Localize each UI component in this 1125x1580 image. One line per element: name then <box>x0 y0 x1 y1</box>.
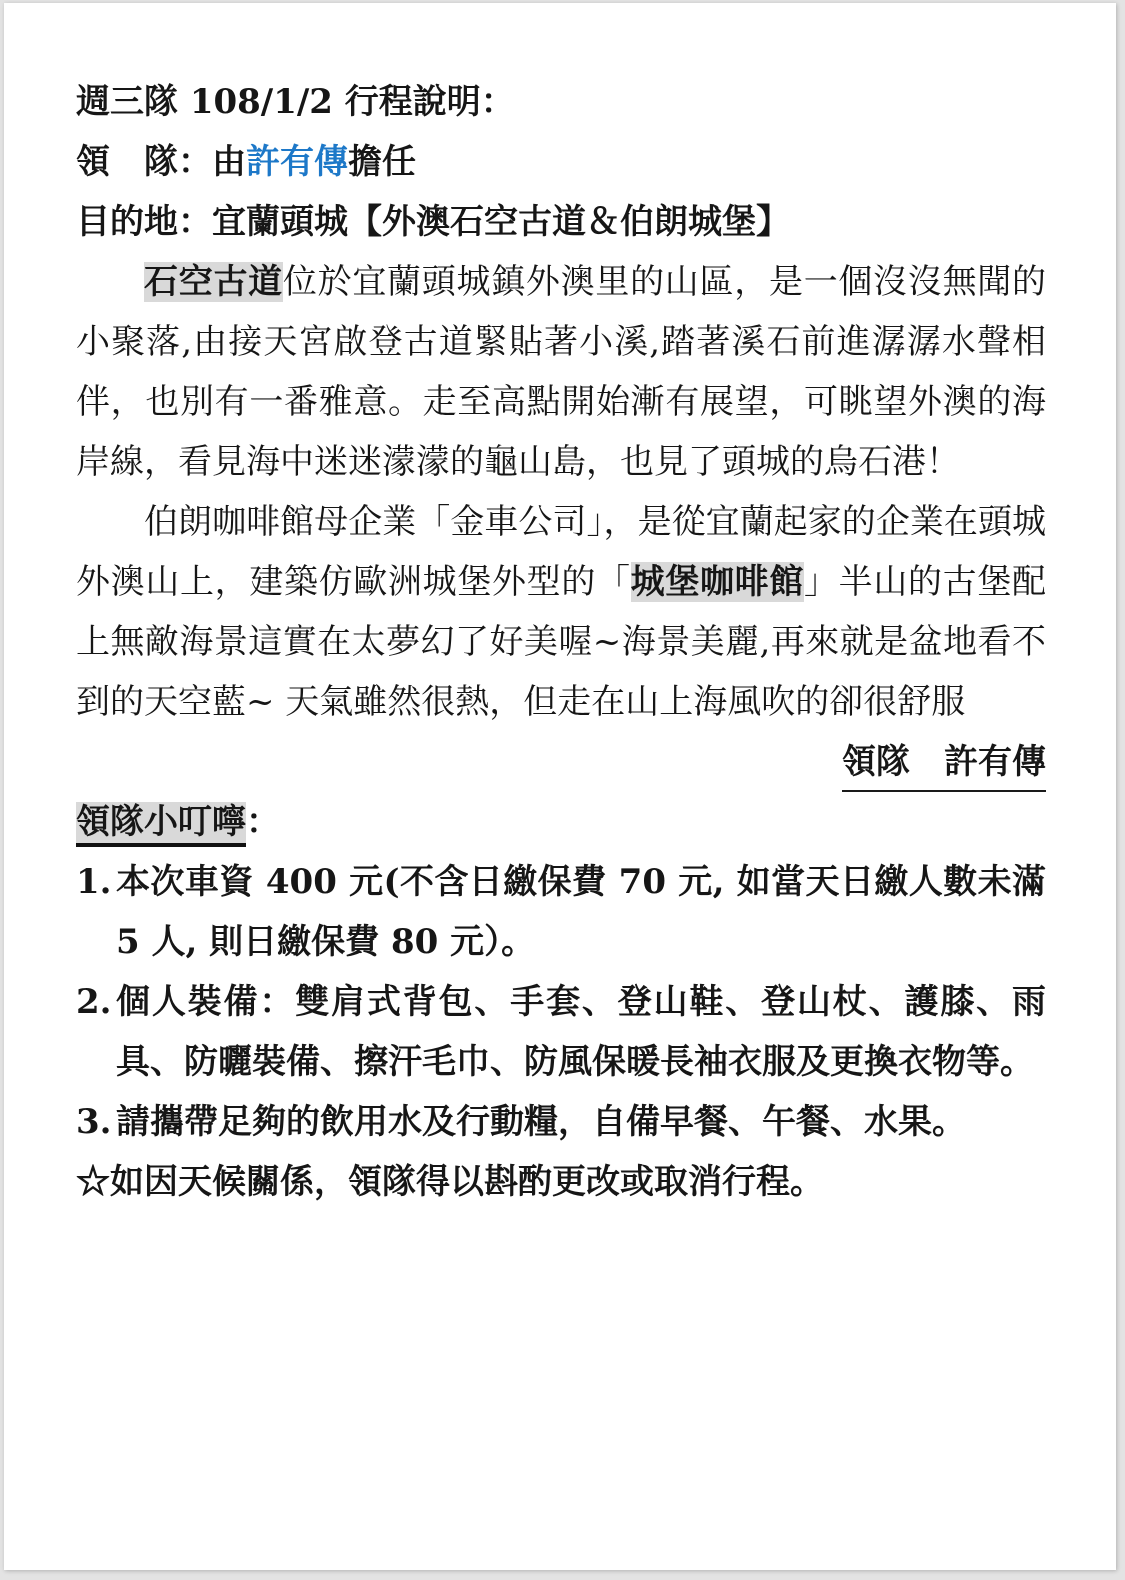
signature-line: 領隊 許有傳 <box>76 732 1046 792</box>
notes-title-colon: ： <box>246 802 280 842</box>
list-item-number: 3. <box>76 1092 112 1152</box>
document-page: 週三隊 108/1/2 行程說明： 領 隊：由許有傳擔任 目的地：宜蘭頭城【外澳… <box>4 3 1116 1570</box>
list-item-text: 請攜帶足夠的飲用水及行動糧，自備早餐、午餐、水果。 <box>116 1102 966 1142</box>
list-item-text: 個人裝備：雙肩式背包、手套、登山鞋、登山杖、護膝、雨具、防曬裝備、擦汗毛巾、防風… <box>116 982 1046 1082</box>
document-content: 週三隊 108/1/2 行程說明： 領 隊：由許有傳擔任 目的地：宜蘭頭城【外澳… <box>4 3 1116 1212</box>
list-item: 3.請攜帶足夠的飲用水及行動糧，自備早餐、午餐、水果。 <box>76 1092 1046 1152</box>
list-item-number: 2. <box>76 972 112 1032</box>
notes-title: 領隊小叮嚀 <box>76 802 246 847</box>
leader-suffix: 擔任 <box>348 142 416 182</box>
notes-title-line: 領隊小叮嚀： <box>76 792 1046 852</box>
list-item-text: 本次車資 400 元(不含日繳保費 70 元, 如當天日繳人數未滿 5 人, 則… <box>116 862 1046 962</box>
paragraph-cafe: 伯朗咖啡館母企業「金車公司」，是從宜蘭起家的企業在頭城外澳山上，建築仿歐洲城堡外… <box>76 492 1046 732</box>
paragraph-trail: 石空古道位於宜蘭頭城鎮外澳里的山區，是一個沒沒無聞的小聚落,由接天宮啟登古道緊貼… <box>76 252 1046 492</box>
weather-footnote: ☆如因天候關係，領隊得以斟酌更改或取消行程。 <box>76 1152 1046 1212</box>
leader-name: 許有傳 <box>246 142 348 182</box>
list-item-number: 1. <box>76 852 112 912</box>
notes-list: 1.本次車資 400 元(不含日繳保費 70 元, 如當天日繳人數未滿 5 人,… <box>76 852 1046 1152</box>
leader-label: 領 隊：由 <box>76 142 246 182</box>
destination-line: 目的地：宜蘭頭城【外澳石空古道＆伯朗城堡】 <box>76 192 1046 252</box>
doc-title: 週三隊 108/1/2 行程說明： <box>76 72 1046 132</box>
list-item: 1.本次車資 400 元(不含日繳保費 70 元, 如當天日繳人數未滿 5 人,… <box>76 852 1046 972</box>
cafe-highlight-term: 城堡咖啡館 <box>631 562 804 602</box>
leader-line: 領 隊：由許有傳擔任 <box>76 132 1046 192</box>
trail-highlight-term: 石空古道 <box>144 262 283 302</box>
list-item: 2.個人裝備：雙肩式背包、手套、登山鞋、登山杖、護膝、雨具、防曬裝備、擦汗毛巾、… <box>76 972 1046 1092</box>
signature-text: 領隊 許有傳 <box>842 735 1046 792</box>
